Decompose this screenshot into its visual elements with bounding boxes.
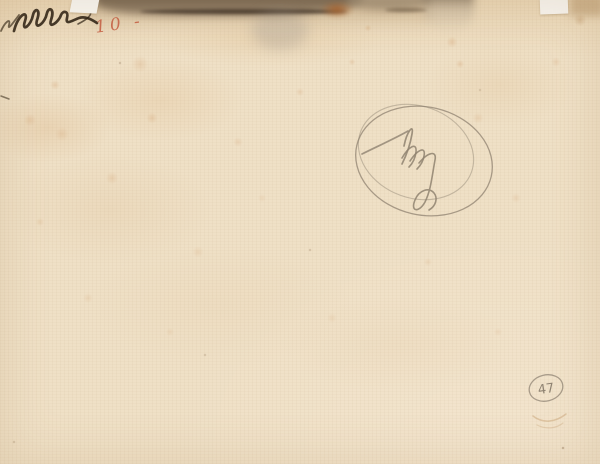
artwork-verso-photo: 10 - 47: [0, 0, 600, 464]
photo-vignette: [0, 0, 600, 464]
